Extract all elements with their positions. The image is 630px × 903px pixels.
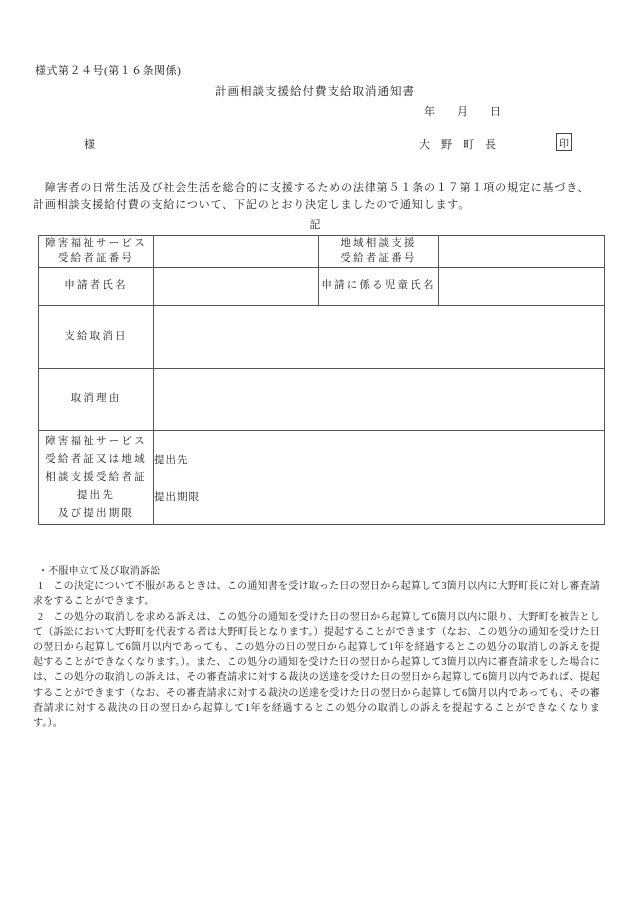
child-name-value-cell <box>439 268 605 306</box>
cancellation-date-label: 支給取消日 <box>39 306 154 369</box>
deadline-label: 提出期限 <box>154 492 200 503</box>
table-row: 申請者氏名 申請に係る児童氏名 <box>39 268 605 306</box>
recipient-number-right-value-cell <box>439 236 605 268</box>
submission-label-line: 相談支援受給者証 <box>39 469 153 487</box>
submission-label-line: 提出先 <box>39 487 153 505</box>
seal-box: 印 <box>556 133 572 151</box>
applicant-name-value-cell <box>154 268 319 306</box>
child-name-label: 申請に係る児童氏名 <box>319 268 439 306</box>
appeal-note-item-1: 1 この決定について不服があるときは、この通知書を受け取った日の翌日から起算して… <box>33 579 600 609</box>
submission-label-line: 受給者証又は地域 <box>39 451 153 469</box>
body-paragraph: 障害者の日常生活及び社会生活を総合的に支援するための法律第５１条の１７第１項の規… <box>33 180 601 213</box>
submit-to-label: 提出先 <box>154 455 189 466</box>
table-row: 支給取消日 <box>39 306 605 369</box>
submission-value-cell: 提出先 提出期限 <box>154 431 605 525</box>
appeal-note-item-2: 2 この処分の取消しを求める訴えは、この処分の通知を受けた日の翌日から起算して6… <box>33 610 600 732</box>
applicant-name-label: 申請者氏名 <box>39 268 154 306</box>
notification-table: 障害福祉サービス 受給者証番号 地域相談支援 受給者証番号 申請者氏名 申請に係… <box>38 235 605 525</box>
table-row: 障害福祉サービス 受給者証番号 地域相談支援 受給者証番号 <box>39 236 605 268</box>
recipient-number-right-label: 地域相談支援 受給者証番号 <box>319 236 439 268</box>
table-row: 障害福祉サービス 受給者証又は地域 相談支援受給者証 提出先 及び提出期限 提出… <box>39 431 605 525</box>
issuer-name: 大 野 町 長 <box>419 136 496 152</box>
appeal-notes: ・不服申立て及び取消訴訟 1 この決定について不服があるときは、この通知書を受け… <box>33 564 600 731</box>
document-page: 様式第２４号(第１６条関係) 計画相談支援給付費支給取消通知書 年 月 日 様 … <box>0 0 630 903</box>
table-row: 取消理由 <box>39 369 605 431</box>
cancellation-date-value-cell <box>154 306 605 369</box>
form-number: 様式第２４号(第１６条関係) <box>35 62 181 78</box>
cancellation-reason-value-cell <box>154 369 605 431</box>
submission-label-line: 障害福祉サービス <box>39 433 153 451</box>
recipient-number-left-label: 障害福祉サービス 受給者証番号 <box>39 236 154 268</box>
addressee-honorific: 様 <box>84 136 95 152</box>
record-heading: 記 <box>0 216 630 232</box>
recipient-number-left-value-cell <box>154 236 319 268</box>
document-title: 計画相談支援給付費支給取消通知書 <box>0 83 630 99</box>
seal-label: 印 <box>559 135 569 150</box>
cancellation-reason-label: 取消理由 <box>39 369 154 431</box>
submission-label-line: 及び提出期限 <box>39 505 153 523</box>
appeal-notes-heading: ・不服申立て及び取消訴訟 <box>33 564 600 579</box>
submission-label: 障害福祉サービス 受給者証又は地域 相談支援受給者証 提出先 及び提出期限 <box>39 431 154 525</box>
date-line: 年 月 日 <box>424 103 501 119</box>
